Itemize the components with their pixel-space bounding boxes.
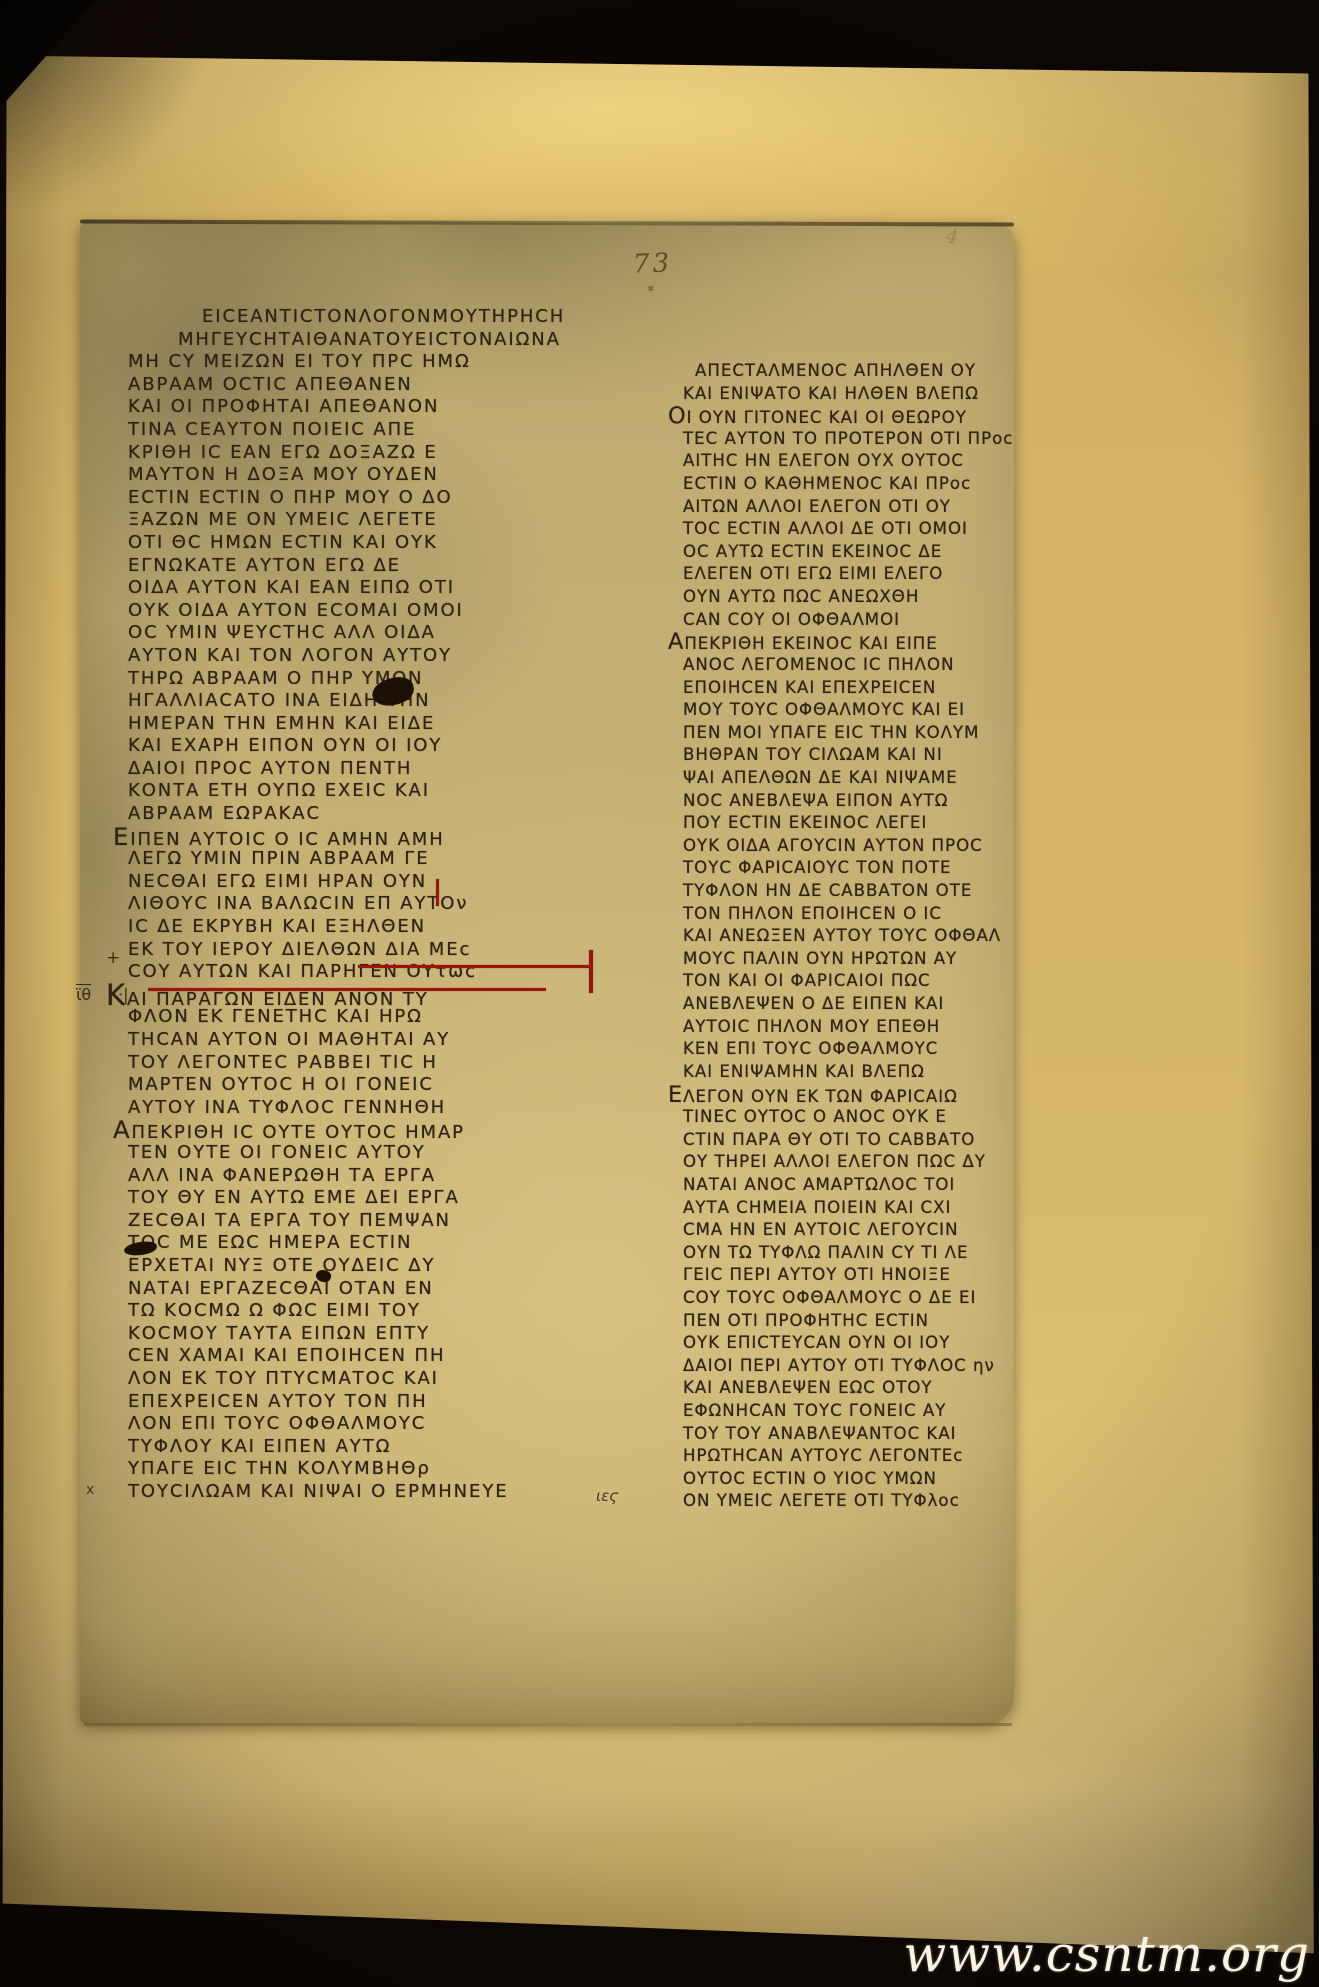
manuscript-line: ΟϹ ΥΜΙΝ ΨΕΥϹΤΗϹ ΑΛΛ ΟΙΔΑ [128,622,565,645]
manuscript-line: ΑΥΤΟΝ ΚΑΙ ΤΟΝ ΛΟΓΟΝ ΑΥΤΟΥ [128,645,565,668]
manuscript-line: ΠΕΝ ΜΟΙ ΥΠΑΓΕ ΕΙϹ ΤΗΝ ΚΟΛΥΜ [683,722,1013,745]
manuscript-line: ΟϹ ΑΥΤΩ ΕϹΤΙΝ ΕΚΕΙΝΟϹ ΔΕ [683,541,1013,564]
manuscript-line: ΤΟΝ ΚΑΙ ΟΙ ΦΑΡΙϹΑΙΟΙ ΠΩϹ [683,970,1013,993]
manuscript-line: ΛΟΝ ΕΠΙ ΤΟΥϹ ΟΦΘΑΛΜΟΥϹ [128,1413,565,1436]
manuscript-line: ΕΡΧΕΤΑΙ ΝΥΞ ΟΤΕ ΟΥΔΕΙϹ ΔΥ [128,1255,565,1278]
manuscript-line: ΜΑΡΤΕΝ ΟΥΤΟϹ Η ΟΙ ΓΟΝΕΙϹ [128,1074,565,1097]
manuscript-line: ΑΝΕΒΛΕΨΕΝ Ο ΔΕ ΕΙΠΕΝ ΚΑΙ [683,993,1013,1016]
manuscript-line: ΑΝΟϹ ΛΕΓΟΜΕΝΟϹ ΙϹ ΠΗΛΟΝ [683,654,1013,677]
x-mark: x [86,1482,94,1498]
manuscript-line: ΙϹ ΔΕ ΕΚΡΥΒΗ ΚΑΙ ΕΞΗΛΘΕΝ [128,916,565,939]
manuscript-line: ΜΗΓΕΥϹΗΤΑΙΘΑΝΑΤΟΥΕΙϹΤΟΝΑΙΩΝΑ [128,329,565,352]
manuscript-line: ΗΡΩΤΗϹΑΝ ΑΥΤΟΥϹ ΛΕΓΟΝΤΕc [683,1445,1013,1468]
manuscript-line: ΒΗΘΡΑΝ ΤΟΥ ϹΙΛΩΑΜ ΚΑΙ ΝΙ [683,744,1013,767]
manuscript-line: ΞΑΖΩΝ ΜΕ ΟΝ ΥΜΕΙϹ ΛΕΓΕΤΕ [128,509,565,532]
manuscript-line: ΗΓΑΛΛΙΑϹΑΤΟ ΙΝΑ ΕΙΔΗ ΤΗΝ [128,690,565,713]
red-annotation-underline-top [358,965,592,968]
manuscript-line: ΑΒΡΑΑΜ ΟϹΤΙϹ ΑΠΕΘΑΝΕΝ [128,374,565,397]
manuscript-line: ΚΕΝ ΕΠΙ ΤΟΥϹ ΟΦΘΑΛΜΟΥϹ [683,1038,1013,1061]
manuscript-line: ΕΙϹΕΑΝΤΙϹΤΟΝΛΟΓΟΝΜΟΥΤΗΡΗϹΗ [128,306,565,329]
manuscript-line: ΝΑΤΑΙ ΕΡΓΑΖΕϹΘΑΙ ΟΤΑΝ ΕΝ [128,1278,565,1301]
manuscript-line: ΛΕΓΩ ΥΜΙΝ ΠΡΙΝ ΑΒΡΑΑΜ ΓΕ [128,848,565,871]
page-number: 73 [632,248,672,279]
manuscript-line: ΑΥΤΟΙϹ ΠΗΛΟΝ ΜΟΥ ΕΠΕΘΗ [683,1016,1013,1039]
manuscript-line: ΟΥΚ ΕΠΙϹΤΕΥϹΑΝ ΟΥΝ ΟΙ ΙΟΥ [683,1332,1013,1355]
manuscript-line: ΑΙΤΗϹ ΗΝ ΕΛΕΓΟΝ ΟΥΧ ΟΥΤΟϹ [683,450,1013,473]
manuscript-line: ΜΗ ϹΥ ΜΕΙΖΩΝ ΕΙ ΤΟΥ ΠΡϹ ΗΜΩ [128,351,565,374]
manuscript-line: ΤΟΥϹ ΦΑΡΙϹΑΙΟΥϹ ΤΟΝ ΠΟΤΕ [683,857,1013,880]
manuscript-line: ΕΚ ΤΟΥ ΙΕΡΟΥ ΔΙΕΛΘΩΝ ΔΙΑ ΜΕc [128,939,565,962]
manuscript-line: ΤΗϹΑΝ ΑΥΤΟΝ ΟΙ ΜΑΘΗΤΑΙ ΑΥ [128,1029,565,1052]
red-annotation-underline-bottom [148,988,546,991]
manuscript-line: ΑΛΛ ΙΝΑ ΦΑΝΕΡΩΘΗ ΤΑ ΕΡΓΑ [128,1165,565,1188]
manuscript-line: ΤΟϹ ΕϹΤΙΝ ΑΛΛΟΙ ΔΕ ΟΤΙ ΟΜΟΙ [683,518,1013,541]
manuscript-line: ϹΤΙΝ ΠΑΡΑ ΘΥ ΟΤΙ ΤΟ ϹΑΒΒΑΤΟ [683,1129,1013,1152]
manuscript-line: ΖΕϹΘΑΙ ΤΑ ΕΡΓΑ ΤΟΥ ΠΕΜΨΑΝ [128,1210,565,1233]
manuscript-line: ΓΕΙϹ ΠΕΡΙ ΑΥΤΟΥ ΟΤΙ ΗΝΟΙΞΕ [683,1264,1013,1287]
manuscript-line: ΤΟϹ ΜΕ ΕΩϹ ΗΜΕΡΑ ΕϹΤΙΝ [128,1232,565,1255]
text-column-right: ΑΠΕϹΤΑΛΜΕΝΟϹ ΑΠΗΛΘΕΝ ΟΥΚΑΙ ΕΝΙΨΑΤΟ ΚΑΙ Η… [683,360,1013,1513]
manuscript-line: ΤΙΝΕϹ ΟΥΤΟϹ Ο ΑΝΟϹ ΟΥΚ Ε [683,1106,1013,1129]
manuscript-line: ΟΥΝ ΑΥΤΩ ΠΩϹ ΑΝΕΩΧΘΗ [683,586,1013,609]
manuscript-line: ΗΜΕΡΑΝ ΤΗΝ ΕΜΗΝ ΚΑΙ ΕΙΔΕ [128,713,565,736]
manuscript-line: ΟΥΚ ΟΙΔΑ ΑΓΟΥϹΙΝ ΑΥΤΟΝ ΠΡΟϹ [683,835,1013,858]
manuscript-line: ΤΟΝ ΠΗΛΟΝ ΕΠΟΙΗϹΕΝ Ο ΙϹ [683,903,1013,926]
manuscript-line: ΤΥΦΛΟΥ ΚΑΙ ΕΙΠΕΝ ΑΥΤΩ [128,1436,565,1459]
kephalaion-number: ϊθ [76,985,91,1004]
manuscript-line: ΕϹΤΙΝ ΕϹΤΙΝ Ο ΠΗΡ ΜΟΥ Ο ΔΟ [128,487,565,510]
manuscript-line: ΤΗΡΩ ΑΒΡΑΑΜ Ο ΠΗΡ ΥΜΩΝ [128,668,565,691]
manuscript-line: ΕΛΕΓΕΝ ΟΤΙ ΕΓΩ ΕΙΜΙ ΕΛΕΓΟ [683,563,1013,586]
manuscript-line: ΤΟΥ ΤΟΥ ΑΝΑΒΛΕΨΑΝΤΟϹ ΚΑΙ [683,1423,1013,1446]
manuscript-line: ΤΟΥϹΙΛΩΑΜ ΚΑΙ ΝΙΨΑΙ Ο ΕΡΜΗΝΕΥΕ [128,1481,565,1504]
paragraph-hook: ·| [118,985,128,1004]
manuscript-line: ΕϹΤΙΝ Ο ΚΑΘΗΜΕΝΟϹ ΚΑΙ ΠΡoc [683,473,1013,496]
manuscript-line: ΚΑΙ ΕΝΙΨΑΤΟ ΚΑΙ ΗΛΘΕΝ ΒΛΕΠΩ [683,383,1013,406]
manuscript-line: ΔΑΙΟΙ ΠΕΡΙ ΑΥΤΟΥ ΟΤΙ ΤΥΦΛΟϹ ην [683,1355,1013,1378]
manuscript-line: ΑΠΕΚΡΙΘΗ ΙϹ ΟΥΤΕ ΟΥΤΟϹ ΗΜΑΡ [128,1119,565,1142]
red-annotation-verse-divider-stroke [436,879,439,906]
manuscript-line: ΟΤΙ ΘϹ ΗΜΩΝ ΕϹΤΙΝ ΚΑΙ ΟΥΚ [128,532,565,555]
manuscript-line: ΤΥΦΛΟΝ ΗΝ ΔΕ ϹΑΒΒΑΤΟΝ ΟΤΕ [683,880,1013,903]
manuscript-line: ΕΙΠΕΝ ΑΥΤΟΙϹ Ο ΙϹ ΑΜΗΝ ΑΜΗ [128,826,565,849]
manuscript-line: ΕΠΕΧΡΕΙϹΕΝ ΑΥΤΟΥ ΤΟΝ ΠΗ [128,1391,565,1414]
manuscript-line: ΟΙΔΑ ΑΥΤΟΝ ΚΑΙ ΕΑΝ ΕΙΠΩ ΟΤΙ [128,577,565,600]
manuscript-line: ΚΑΙ ΑΝΕΩΞΕΝ ΑΥΤΟΥ ΤΟΥϹ ΟΦΘΑΛ [683,925,1013,948]
manuscript-line: ΚΑΙ ΕΝΙΨΑΜΗΝ ΚΑΙ ΒΛΕΠΩ [683,1061,1013,1084]
manuscript-line: ΨΑΙ ΑΠΕΛΘΩΝ ΔΕ ΚΑΙ ΝΙΨΑΜΕ [683,767,1013,790]
manuscript-line: ΕΠΟΙΗϹΕΝ ΚΑΙ ΕΠΕΧΡΕΙϹΕΝ [683,677,1013,700]
manuscript-line: ΤΟΥ ΛΕΓΟΝΤΕϹ ΡΑΒΒΕΙ ΤΙϹ Η [128,1052,565,1075]
manuscript-line: ΚΑΙ ΑΝΕΒΛΕΨΕΝ ΕΩϹ ΟΤΟΥ [683,1377,1013,1400]
page-number-mark: * [647,282,655,300]
manuscript-line: ΚΟϹΜΟΥ ΤΑΥΤΑ ΕΙΠΩΝ ΕΠΤΥ [128,1323,565,1346]
manuscript-line: ΚΟΝΤΑ ΕΤΗ ΟΥΠΩ ΕΧΕΙϹ ΚΑΙ [128,780,565,803]
manuscript-line: ΛΟΝ ΕΚ ΤΟΥ ΠΤΥϹΜΑΤΟϹ ΚΑΙ [128,1368,565,1391]
manuscript-line: ΚΑΙ ΟΙ ΠΡΟΦΗΤΑΙ ΑΠΕΘΑΝΟΝ [128,396,565,419]
manuscript-line: ΤΟΥ ΘΥ ΕΝ ΑΥΤΩ ΕΜΕ ΔΕΙ ΕΡΓΑ [128,1187,565,1210]
watermark-text: www.csntm.org [903,1925,1310,1983]
manuscript-line: ΚΑΙ ΕΧΑΡΗ ΕΙΠΟΝ ΟΥΝ ΟΙ ΙΟΥ [128,735,565,758]
manuscript-line: ΤΙΝΑ ϹΕΑΥΤΟΝ ΠΟΙΕΙϹ ΑΠΕ [128,419,565,442]
manuscript-line: ΕΓΝΩΚΑΤΕ ΑΥΤΟΝ ΕΓΩ ΔΕ [128,555,565,578]
manuscript-line: ΕΛΕΓΟΝ ΟΥΝ ΕΚ ΤΩΝ ΦΑΡΙϹΑΙΩ [683,1084,1013,1107]
manuscript-line: ΛΙΘΟΥϹ ΙΝΑ ΒΑΛΩϹΙΝ ΕΠ ΑΥΤΟν [128,893,565,916]
manuscript-line: ΟΝ ΥΜΕΙϹ ΛΕΓΕΤΕ ΟΤΙ ΤΥΦλoc [683,1490,1013,1513]
manuscript-line: ΠΕΝ ΟΤΙ ΠΡΟΦΗΤΗϹ ΕϹΤΙΝ [683,1310,1013,1333]
manuscript-line: ΕΦΩΝΗϹΑΝ ΤΟΥϹ ΓΟΝΕΙϹ ΑΥ [683,1400,1013,1423]
manuscript-line: ΦΛΟΝ ΕΚ ΓΕΝΕΤΗϹ ΚΑΙ ΗΡΩ [128,1006,565,1029]
manuscript-line: ΠΟΥ ΕϹΤΙΝ ΕΚΕΙΝΟϹ ΛΕΓΕΙ [683,812,1013,835]
manuscript-line: ΝΑΤΑΙ ΑΝΟϹ ΑΜΑΡΤΩΛΟϹ ΤΟΙ [683,1174,1013,1197]
manuscript-line: ΑΠΕϹΤΑΛΜΕΝΟϹ ΑΠΗΛΘΕΝ ΟΥ [683,360,1013,383]
manuscript-line: ΔΑΙΟΙ ΠΡΟϹ ΑΥΤΟΝ ΠΕΝΤΗ [128,758,565,781]
manuscript-photo: 73 * 4 ΕΙϹΕΑΝΤΙϹΤΟΝΛΟΓΟΝΜΟΥΤΗΡΗϹΗΜΗΓΕΥϹΗ… [0,0,1319,1987]
manuscript-line: ΚΡΙΘΗ ΙϹ ΕΑΝ ΕΓΩ ΔΟΞΑΖΩ Ε [128,442,565,465]
manuscript-line: ΑΠΕΚΡΙΘΗ ΕΚΕΙΝΟϹ ΚΑΙ ΕΙΠΕ [683,631,1013,654]
manuscript-line: ΟΥ ΤΗΡΕΙ ΑΛΛΟΙ ΕΛΕΓΟΝ ΠΩϹ ΔΥ [683,1151,1013,1174]
red-annotation-bracket-vertical [589,950,593,993]
manuscript-line: ΤΕΝ ΟΥΤΕ ΟΙ ΓΟΝΕΙϹ ΑΥΤΟΥ [128,1142,565,1165]
manuscript-line: ΤΕϹ ΑΥΤΟΝ ΤΟ ΠΡΟΤΕΡΟΝ ΟΤΙ ΠΡoc [683,428,1013,451]
manuscript-line: ΜΟΥ ΤΟΥϹ ΟΦΘΑΛΜΟΥϹ ΚΑΙ ΕΙ [683,699,1013,722]
manuscript-line: ϹΜΑ ΗΝ ΕΝ ΑΥΤΟΙϹ ΛΕΓΟΥϹΙΝ [683,1219,1013,1242]
text-column-left: ΕΙϹΕΑΝΤΙϹΤΟΝΛΟΓΟΝΜΟΥΤΗΡΗϹΗΜΗΓΕΥϹΗΤΑΙΘΑΝΑ… [128,306,565,1503]
manuscript-line: ΜΑΥΤΟΝ Η ΔΟΞΑ ΜΟΥ ΟΥΔΕΝ [128,464,565,487]
manuscript-line: ΟΥΤΟϹ ΕϹΤΙΝ Ο ΥΙΟϹ ΥΜΩΝ [683,1468,1013,1491]
manuscript-line: ϹΕΝ ΧΑΜΑΙ ΚΑΙ ΕΠΟΙΗϹΕΝ ΠΗ [128,1345,565,1368]
manuscript-line: ΜΟΥϹ ΠΑΛΙΝ ΟΥΝ ΗΡΩΤΩΝ ΑΥ [683,948,1013,971]
manuscript-line: ΑΥΤΑ ϹΗΜΕΙΑ ΠΟΙΕΙΝ ΚΑΙ ϹΧΙ [683,1197,1013,1220]
manuscript-line: ΤΩ ΚΟϹΜΩ Ω ΦΩϹ ΕΙΜΙ ΤΟΥ [128,1300,565,1323]
manuscript-line: ΟΥΚ ΟΙΔΑ ΑΥΤΟΝ ΕϹΟΜΑΙ ΟΜΟΙ [128,600,565,623]
gutter-note: ιεϛ [596,1487,618,1505]
manuscript-line: ϹΑΝ ϹΟΥ ΟΙ ΟΦΘΑΛΜΟΙ [683,609,1013,632]
cross-mark: + [106,948,120,968]
manuscript-line: ΑΥΤΟΥ ΙΝΑ ΤΥΦΛΟϹ ΓΕΝΝΗΘΗ [128,1097,565,1120]
manuscript-line: ΝΟϹ ΑΝΕΒΛΕΨΑ ΕΙΠΟΝ ΑΥΤΩ [683,790,1013,813]
manuscript-line: ΑΙΤΩΝ ΑΛΛΟΙ ΕΛΕΓΟΝ ΟΤΙ ΟΥ [683,496,1013,519]
manuscript-line: ϹΟΥ ΤΟΥϹ ΟΦΘΑΛΜΟΥϹ Ο ΔΕ ΕΙ [683,1287,1013,1310]
manuscript-line: ΟΙ ΟΥΝ ΓΙΤΟΝΕϹ ΚΑΙ ΟΙ ΘΕΩΡΟΥ [683,405,1013,428]
manuscript-line: ΝΕϹΘΑΙ ΕΓΩ ΕΙΜΙ ΗΡΑΝ ΟΥΝ [128,871,565,894]
manuscript-line: ΑΒΡΑΑΜ ΕΩΡΑΚΑϹ [128,803,565,826]
manuscript-line: ΥΠΑΓΕ ΕΙϹ ΤΗΝ ΚΟΛΥΜΒΗΘρ [128,1458,565,1481]
manuscript-line: ΟΥΝ ΤΩ ΤΥΦΛΩ ΠΑΛΙΝ ϹΥ ΤΙ ΛΕ [683,1242,1013,1265]
